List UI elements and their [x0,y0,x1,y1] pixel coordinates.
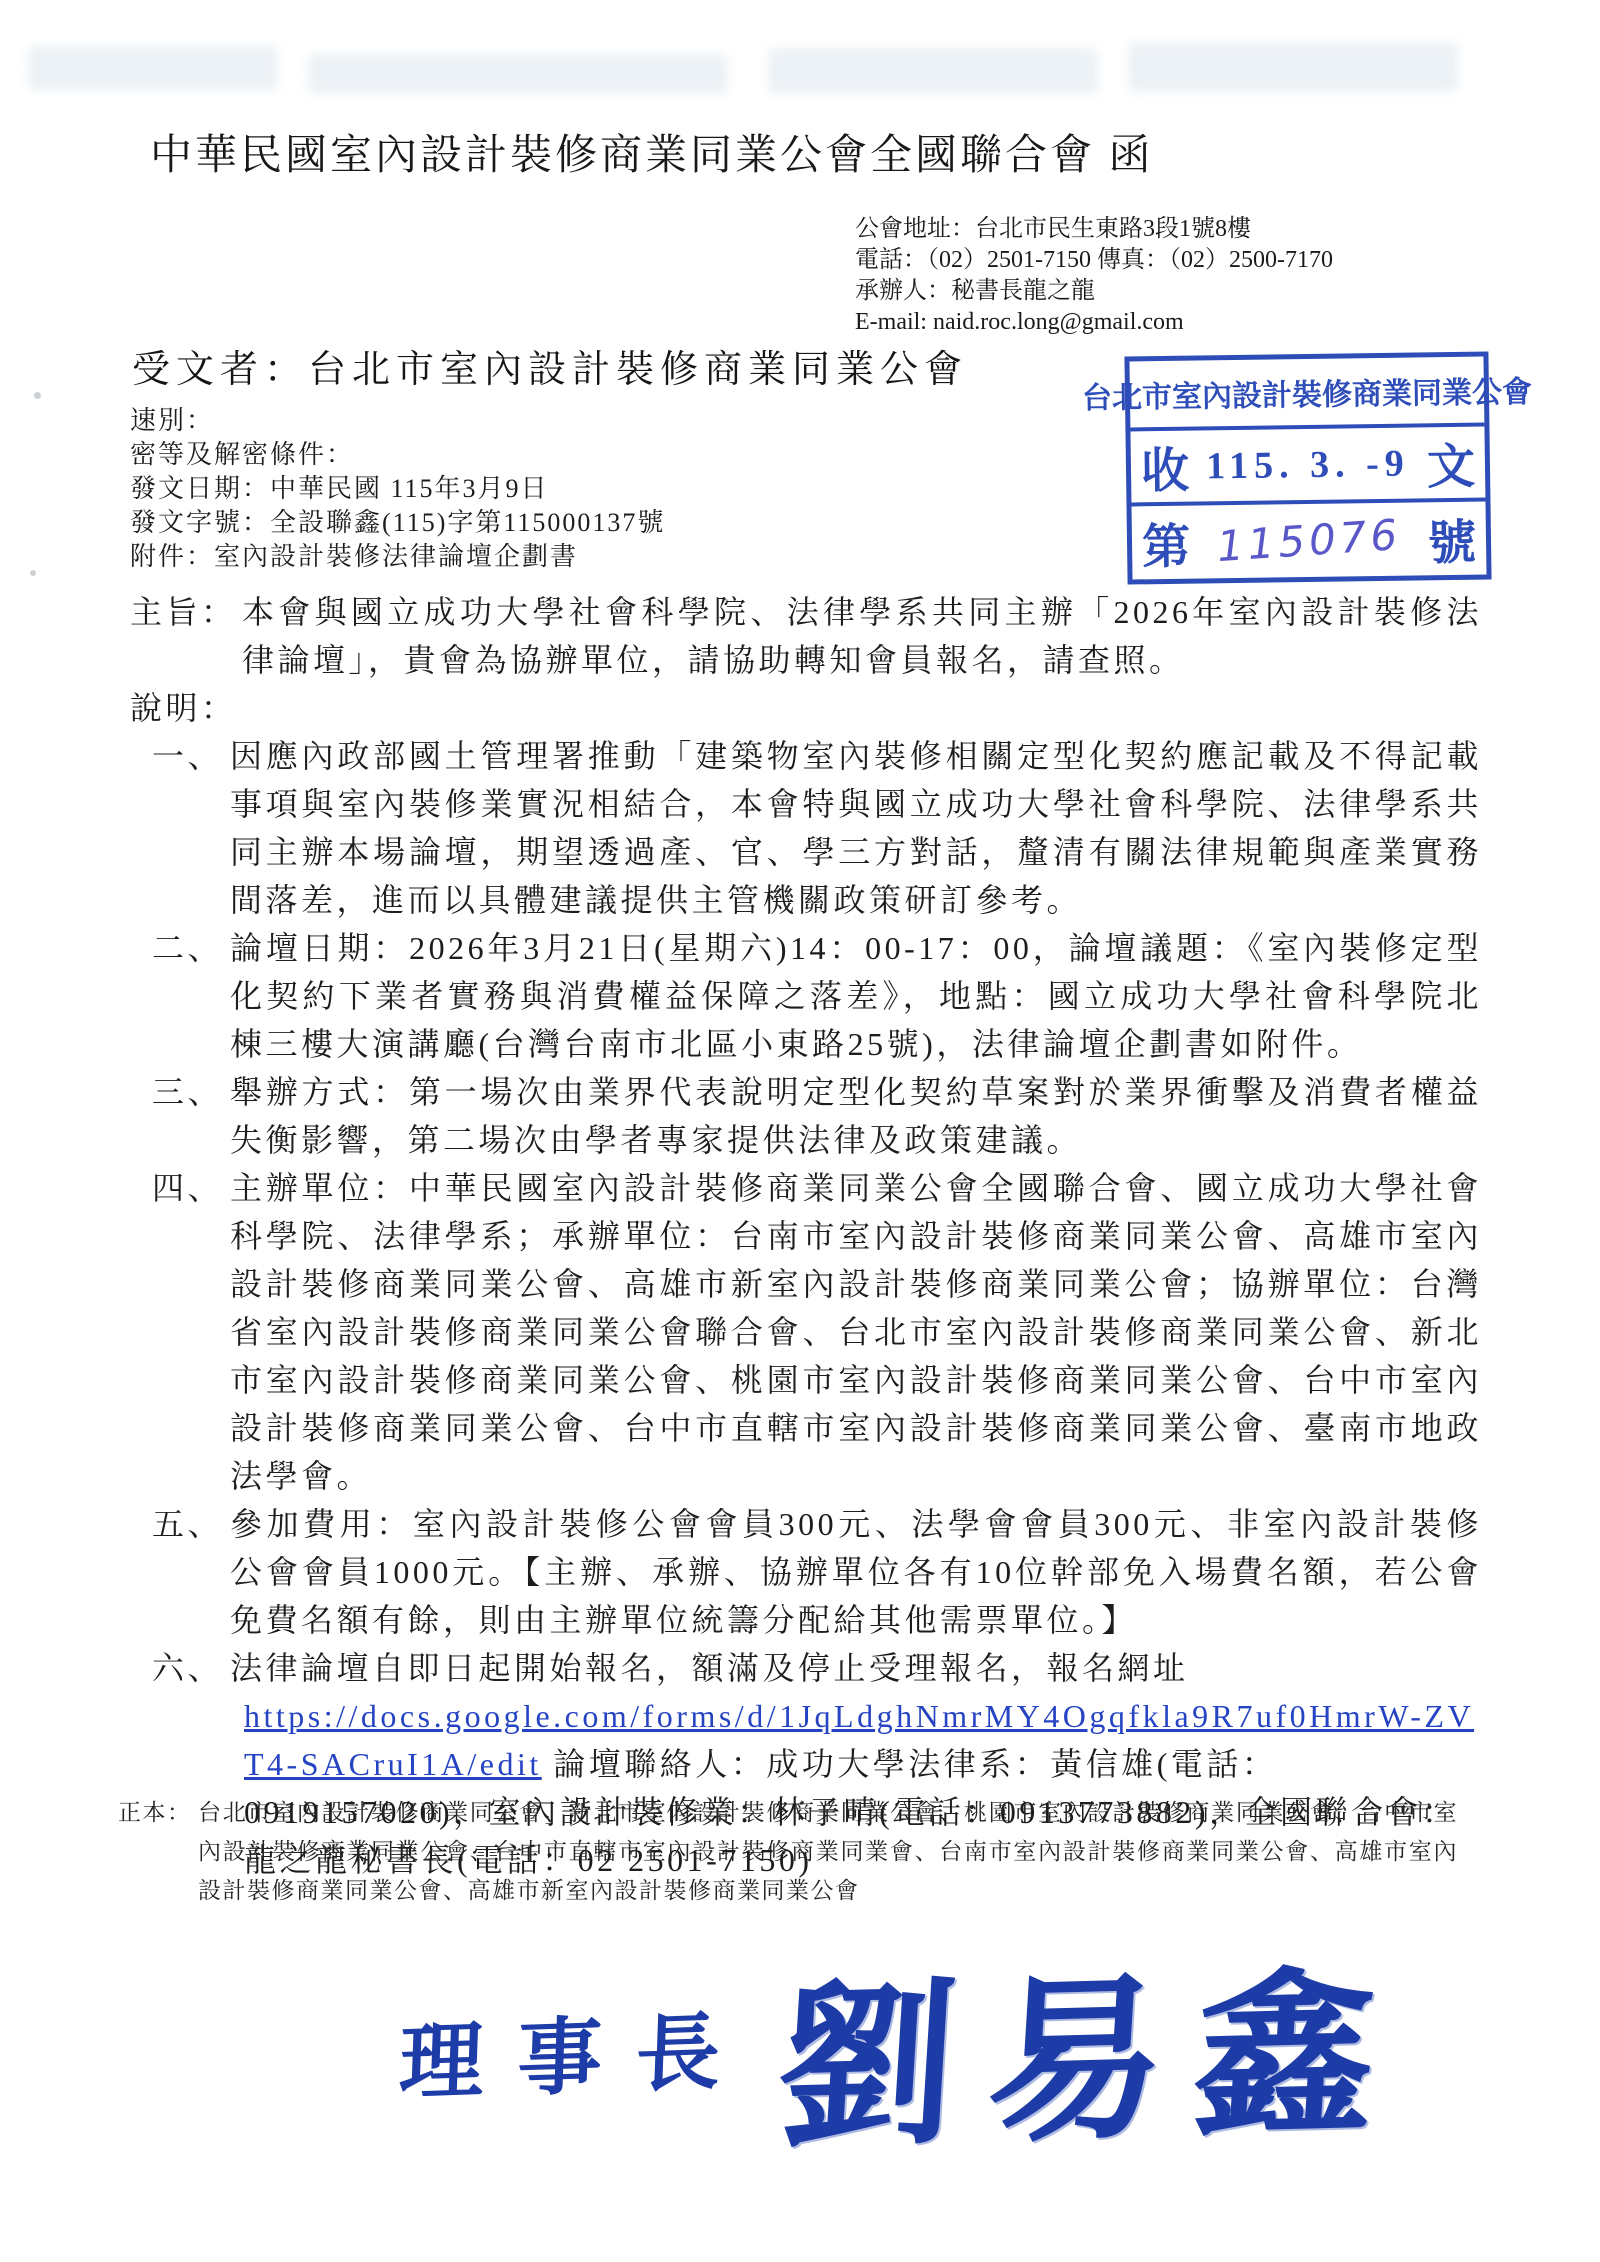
item-2: 二、 論壇日期：2026年3月21日(星期六)14：00-17：00，論壇議題：… [152,924,1482,1068]
sender-email: E-mail: naid.roc.long@gmail.com [855,307,1333,338]
receipt-stamp: 台北市室內設計裝修商業同業公會 收 115. 3. -9 文 第 115076 … [1124,351,1491,584]
document-title: 中華民國室內設計裝修商業同業公會全國聯合會 函 [150,122,1154,182]
item-2-marker: 二、 [152,924,230,1068]
speed-class-line: 速別： [130,404,665,438]
stamp-number-prefix: 第 [1142,508,1191,578]
chairman-signature: 劉易鑫 [772,1909,1413,2181]
item-4: 四、 主辦單位：中華民國室內設計裝修商業同業公會全國聯合會、國立成功大學社會科學… [152,1164,1482,1500]
item-3-text: 舉辦方式：第一場次由業界代表說明定型化契約草案對於業界衝擊及消費者權益失衡影響，… [230,1068,1482,1164]
sender-address: 公會地址：台北市民生東路3段1號8樓 [855,214,1333,245]
scan-ghosting-artifact [28,18,1468,98]
item-4-marker: 四、 [152,1164,230,1500]
item-3-marker: 三、 [152,1068,230,1164]
sender-handler: 承辦人：秘書長龍之龍 [855,276,1333,307]
explanation-label: 說明： [130,684,1482,732]
copies-label: 正本： [118,1793,198,1910]
item-5-marker: 五、 [152,1500,230,1644]
attachment-line: 附件：室內設計裝修法律論壇企劃書 [130,540,665,574]
stamp-received-date: 115. 3. -9 [1189,441,1428,488]
stamp-doc-label: 文 [1426,428,1475,498]
item-1-text: 因應內政部國土管理署推動「建築物室內裝修相關定型化契約應記載及不得記載事項與室內… [230,732,1482,924]
item-2-text: 論壇日期：2026年3月21日(星期六)14：00-17：00，論壇議題：《室內… [230,924,1482,1068]
sender-info-block: 公會地址：台北市民生東路3段1號8樓 電話：（02）2501-7150 傳真：（… [855,214,1333,338]
subject-text: 本會與國立成功大學社會科學院、法律學系共同主辦「2026年室內設計裝修法律論壇」… [242,588,1482,684]
scan-speck [34,392,41,399]
item-3: 三、 舉辦方式：第一場次由業界代表說明定型化契約草案對於業界衝擊及消費者權益失衡… [152,1068,1482,1164]
official-letter-page: 中華民國室內設計裝修商業同業公會全國聯合會 函 公會地址：台北市民生東路3段1號… [0,0,1600,2262]
subject-section: 主旨： 本會與國立成功大學社會科學院、法律學系共同主辦「2026年室內設計裝修法… [130,588,1482,684]
doc-number-line: 發文字號：全設聯鑫(115)字第115000137號 [130,506,665,540]
stamp-receive-label: 收 [1140,432,1189,502]
copies-text: 台北市室內設計裝修商業同公會、新北市室內設計裝修商業同業公會、桃園市室內設計裝修… [198,1793,1518,1910]
security-class-line: 密等及解密條件： [130,438,665,472]
letter-body: 主旨： 本會與國立成功大學社會科學院、法律學系共同主辦「2026年室內設計裝修法… [130,588,1482,1884]
copies-section: 正本： 台北市室內設計裝修商業同公會、新北市室內設計裝修商業同業公會、桃園市室內… [118,1793,1518,1910]
document-meta-block: 速別： 密等及解密條件： 發文日期：中華民國 115年3月9日 發文字號：全設聯… [130,404,665,574]
recipient-line: 受文者：台北市室內設計裝修商業同業公會 [132,338,968,393]
item-4-text: 主辦單位：中華民國室內設計裝修商業同業公會全國聯合會、國立成功大學社會科學院、法… [230,1164,1482,1500]
item-5: 五、 參加費用：室內設計裝修公會會員300元、法學會會員300元、非室內設計裝修… [152,1500,1482,1644]
stamp-number-suffix: 號 [1428,504,1477,574]
stamp-org-name: 台北市室內設計裝修商業同業公會 [1129,357,1484,432]
signature-block: 理事長 劉易鑫 [400,1915,1480,2175]
subject-label: 主旨： [130,588,242,684]
item-1: 一、 因應內政部國土管理署推動「建築物室內裝修相關定型化契約應記載及不得記載事項… [152,732,1482,924]
item-6-intro: 法律論壇自即日起開始報名，額滿及停止受理報名，報名網址 [230,1650,1189,1686]
item-5-text: 參加費用：室內設計裝修公會會員300元、法學會會員300元、非室內設計裝修公會會… [230,1500,1482,1644]
item-1-marker: 一、 [152,732,230,924]
issue-date-line: 發文日期：中華民國 115年3月9日 [130,472,665,506]
scan-speck [30,570,36,576]
stamp-handwritten-number: 115076 [1189,508,1430,573]
sender-phone-fax: 電話：（02）2501-7150 傳真：（02）2500-7170 [855,245,1333,276]
explanation-items: 一、 因應內政部國土管理署推動「建築物室內裝修相關定型化契約應記載及不得記載事項… [130,732,1482,1884]
chairman-title: 理事長 [398,1983,757,2116]
